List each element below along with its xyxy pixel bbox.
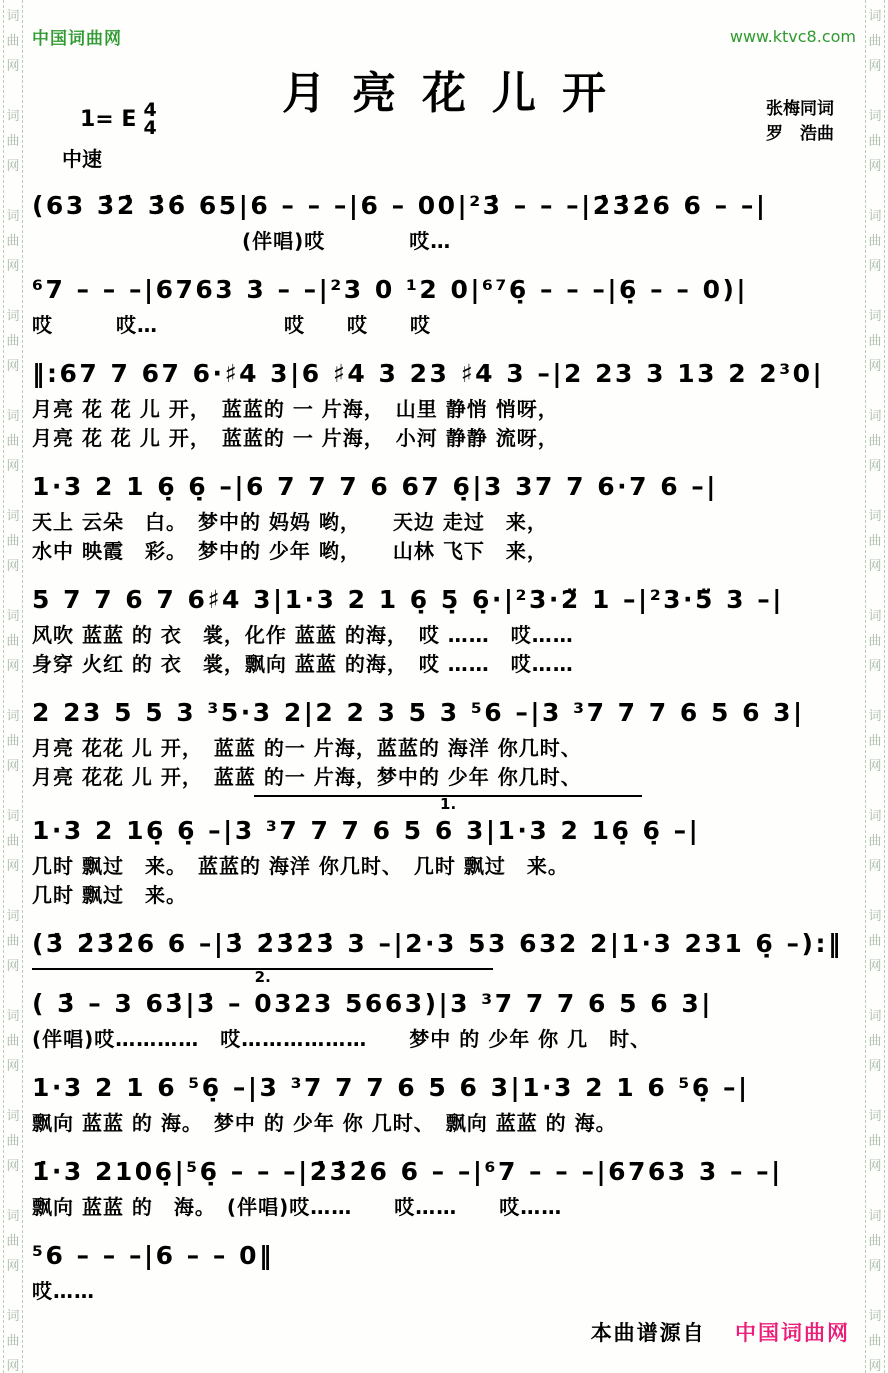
footer-site-name[interactable]: 中国词曲网 (735, 1321, 850, 1345)
system-3: ‖:67 7 67 6·♯4 3|6 ♯4 3 23 ♯4 3 –|2 23 3… (32, 353, 856, 453)
notation-line: ⁶7 – – –|6763 3 – –|²3 0 ¹2 0|⁶⁷6̣ – – –… (32, 269, 856, 311)
lyrics-line: 飘向 蓝蓝 的 海。 梦中 的 少年 你 几时、 飘向 蓝蓝 的 海。 (32, 1109, 856, 1138)
system-9: 2.( 3̇ – 3 63̇|3̇ – 0323 5663)|3 ³7 7 7 … (32, 983, 856, 1054)
volta-bracket: 1. (254, 795, 641, 812)
left-border-decoration: 词 曲 网 词 曲 网 词 曲 网 词 曲 网 词 曲 网 词 曲 网 词 曲 … (3, 0, 23, 1373)
notation-line: ‖:67 7 67 6·♯4 3|6 ♯4 3 23 ♯4 3 –|2 23 3… (32, 353, 856, 395)
lyrics-line: 几时 飘过 来。 (32, 881, 856, 910)
notation-line: (63 3̇2̇ 3̇6̇ 65|6 – – –|6 – 00|²3̇ – – … (32, 185, 856, 227)
page-content: 中国词曲网 www.ktvc8.com 月亮花儿开 1= E 4 4 中速 张梅… (32, 0, 856, 1373)
lyrics-line: 水中 映霞 彩。 梦中的 少年 哟， 山林 飞下 来， (32, 537, 856, 566)
notation-line: (3̇ 2̇3̇2̇6 6 –|3̇ 2̇3̇2̇3̇ 3 –|2·3 53 6… (32, 923, 856, 965)
lyrics-line: (伴唱)哎………… 哎……………… 梦中 的 少年 你 几 时、 (32, 1025, 856, 1054)
lyrics-line: 天上 云朵 白。 梦中的 妈妈 哟， 天边 走过 来， (32, 508, 856, 537)
right-border-decoration: 词 曲 网 词 曲 网 词 曲 网 词 曲 网 词 曲 网 词 曲 网 词 曲 … (865, 0, 885, 1373)
sheet-music-page: 词 曲 网 词 曲 网 词 曲 网 词 曲 网 词 曲 网 词 曲 网 词 曲 … (0, 0, 888, 1373)
time-signature-bottom: 4 (143, 119, 156, 137)
lyrics-line: 飘向 蓝蓝 的 海。 (伴唱)哎…… 哎…… 哎…… (32, 1193, 856, 1222)
tempo-marking: 中速 (62, 143, 102, 172)
notation-line: ⁵6 – – –|6 – – 0‖ (32, 1235, 856, 1277)
system-10: 1·3 2 1 6 ⁵6̣ –|3 ³7 7 7 6 5 6 3|1·3 2 1… (32, 1067, 856, 1138)
score: (63 3̇2̇ 3̇6̇ 65|6 – – –|6 – 00|²3̇ – – … (32, 185, 856, 1306)
top-bar: 中国词曲网 www.ktvc8.com (32, 0, 856, 49)
lyrics-line: 几时 飘过 来。 蓝蓝的 海洋 你几时、 几时 飘过 来。 (32, 852, 856, 881)
notation-line: ( 3̇ – 3 63̇|3̇ – 0323 5663)|3 ³7 7 7 6 … (32, 983, 856, 1025)
key-signature: 1= E 4 4 (80, 101, 157, 137)
notation-line: 1̇·3 2106̣|⁵6̣ – – –|2̇3̇2̇6 6 – –|⁶7 – … (32, 1151, 856, 1193)
lyrics-line: 哎…… (32, 1277, 856, 1306)
footer-source-text: 本曲谱源自 (591, 1321, 706, 1345)
song-title: 月亮花儿开 (58, 57, 856, 121)
composer-credit: 罗 浩曲 (766, 122, 834, 147)
system-5: 5 7 7 6 7 6♯4 3|1·3 2 1 6̣ 5̣ 6̣·|²3·2̈ … (32, 579, 856, 679)
lyrics-line: 哎 哎… 哎 哎 哎 (32, 311, 856, 340)
site-name-link[interactable]: 中国词曲网 (32, 24, 122, 49)
notation-line: 5 7 7 6 7 6♯4 3|1·3 2 1 6̣ 5̣ 6̣·|²3·2̈ … (32, 579, 856, 621)
lyrics-line: 月亮 花 花 儿 开， 蓝蓝的 一 片海， 小河 静静 流呀， (32, 424, 856, 453)
lyrics-line: 月亮 花花 儿 开， 蓝蓝 的一 片海，梦中的 少年 你几时、 (32, 763, 856, 792)
site-url-link[interactable]: www.ktvc8.com (730, 27, 856, 46)
notation-line: 1·3 2 16̣ 6̣ –|3 ³7 7 7 6 5 6 3|1·3 2 16… (32, 810, 856, 852)
lyrics-line: (伴唱)哎 哎… (32, 227, 856, 256)
system-2: ⁶7 – – –|6763 3 – –|²3 0 ¹2 0|⁶⁷6̣ – – –… (32, 269, 856, 340)
notation-line: 1·3 2 1 6 ⁵6̣ –|3 ³7 7 7 6 5 6 3|1·3 2 1… (32, 1067, 856, 1109)
footer: 本曲谱源自 中国词曲网 (591, 1317, 850, 1347)
key-signature-text: 1= E (80, 107, 136, 132)
volta-bracket: 2. (32, 968, 493, 985)
system-7: 1.1·3 2 16̣ 6̣ –|3 ³7 7 7 6 5 6 3|1·3 2 … (32, 810, 856, 910)
notation-line: 1·3 2 1 6̣ 6̣ –|6 7 7 7 6 67 6̣|3 37 7 6… (32, 466, 856, 508)
system-6: 2 23 5 5 3 ³5·3 2|2 2 3 5 3 ⁵6 –|3 ³7 7 … (32, 692, 856, 792)
lyrics-line: 月亮 花 花 儿 开， 蓝蓝的 一 片海， 山里 静悄 悄呀， (32, 395, 856, 424)
lyrics-line: 身穿 火红 的 衣 裳，飘向 蓝蓝 的海， 哎 …… 哎…… (32, 650, 856, 679)
system-12: ⁵6 – – –|6 – – 0‖哎…… (32, 1235, 856, 1306)
credits: 张梅同词 罗 浩曲 (766, 97, 834, 147)
score-meta: 1= E 4 4 中速 张梅同词 罗 浩曲 (32, 121, 856, 183)
time-signature: 4 4 (143, 101, 156, 137)
notation-line: 2 23 5 5 3 ³5·3 2|2 2 3 5 3 ⁵6 –|3 ³7 7 … (32, 692, 856, 734)
lyricist-credit: 张梅同词 (766, 97, 834, 122)
system-4: 1·3 2 1 6̣ 6̣ –|6 7 7 7 6 67 6̣|3 37 7 6… (32, 466, 856, 566)
system-8: (3̇ 2̇3̇2̇6 6 –|3̇ 2̇3̇2̇3̇ 3 –|2·3 53 6… (32, 923, 856, 965)
system-1: (63 3̇2̇ 3̇6̇ 65|6 – – –|6 – 00|²3̇ – – … (32, 185, 856, 256)
lyrics-line: 风吹 蓝蓝 的 衣 裳，化作 蓝蓝 的海， 哎 …… 哎…… (32, 621, 856, 650)
system-11: 1̇·3 2106̣|⁵6̣ – – –|2̇3̇2̇6 6 – –|⁶7 – … (32, 1151, 856, 1222)
lyrics-line: 月亮 花花 儿 开， 蓝蓝 的一 片海，蓝蓝的 海洋 你几时、 (32, 734, 856, 763)
